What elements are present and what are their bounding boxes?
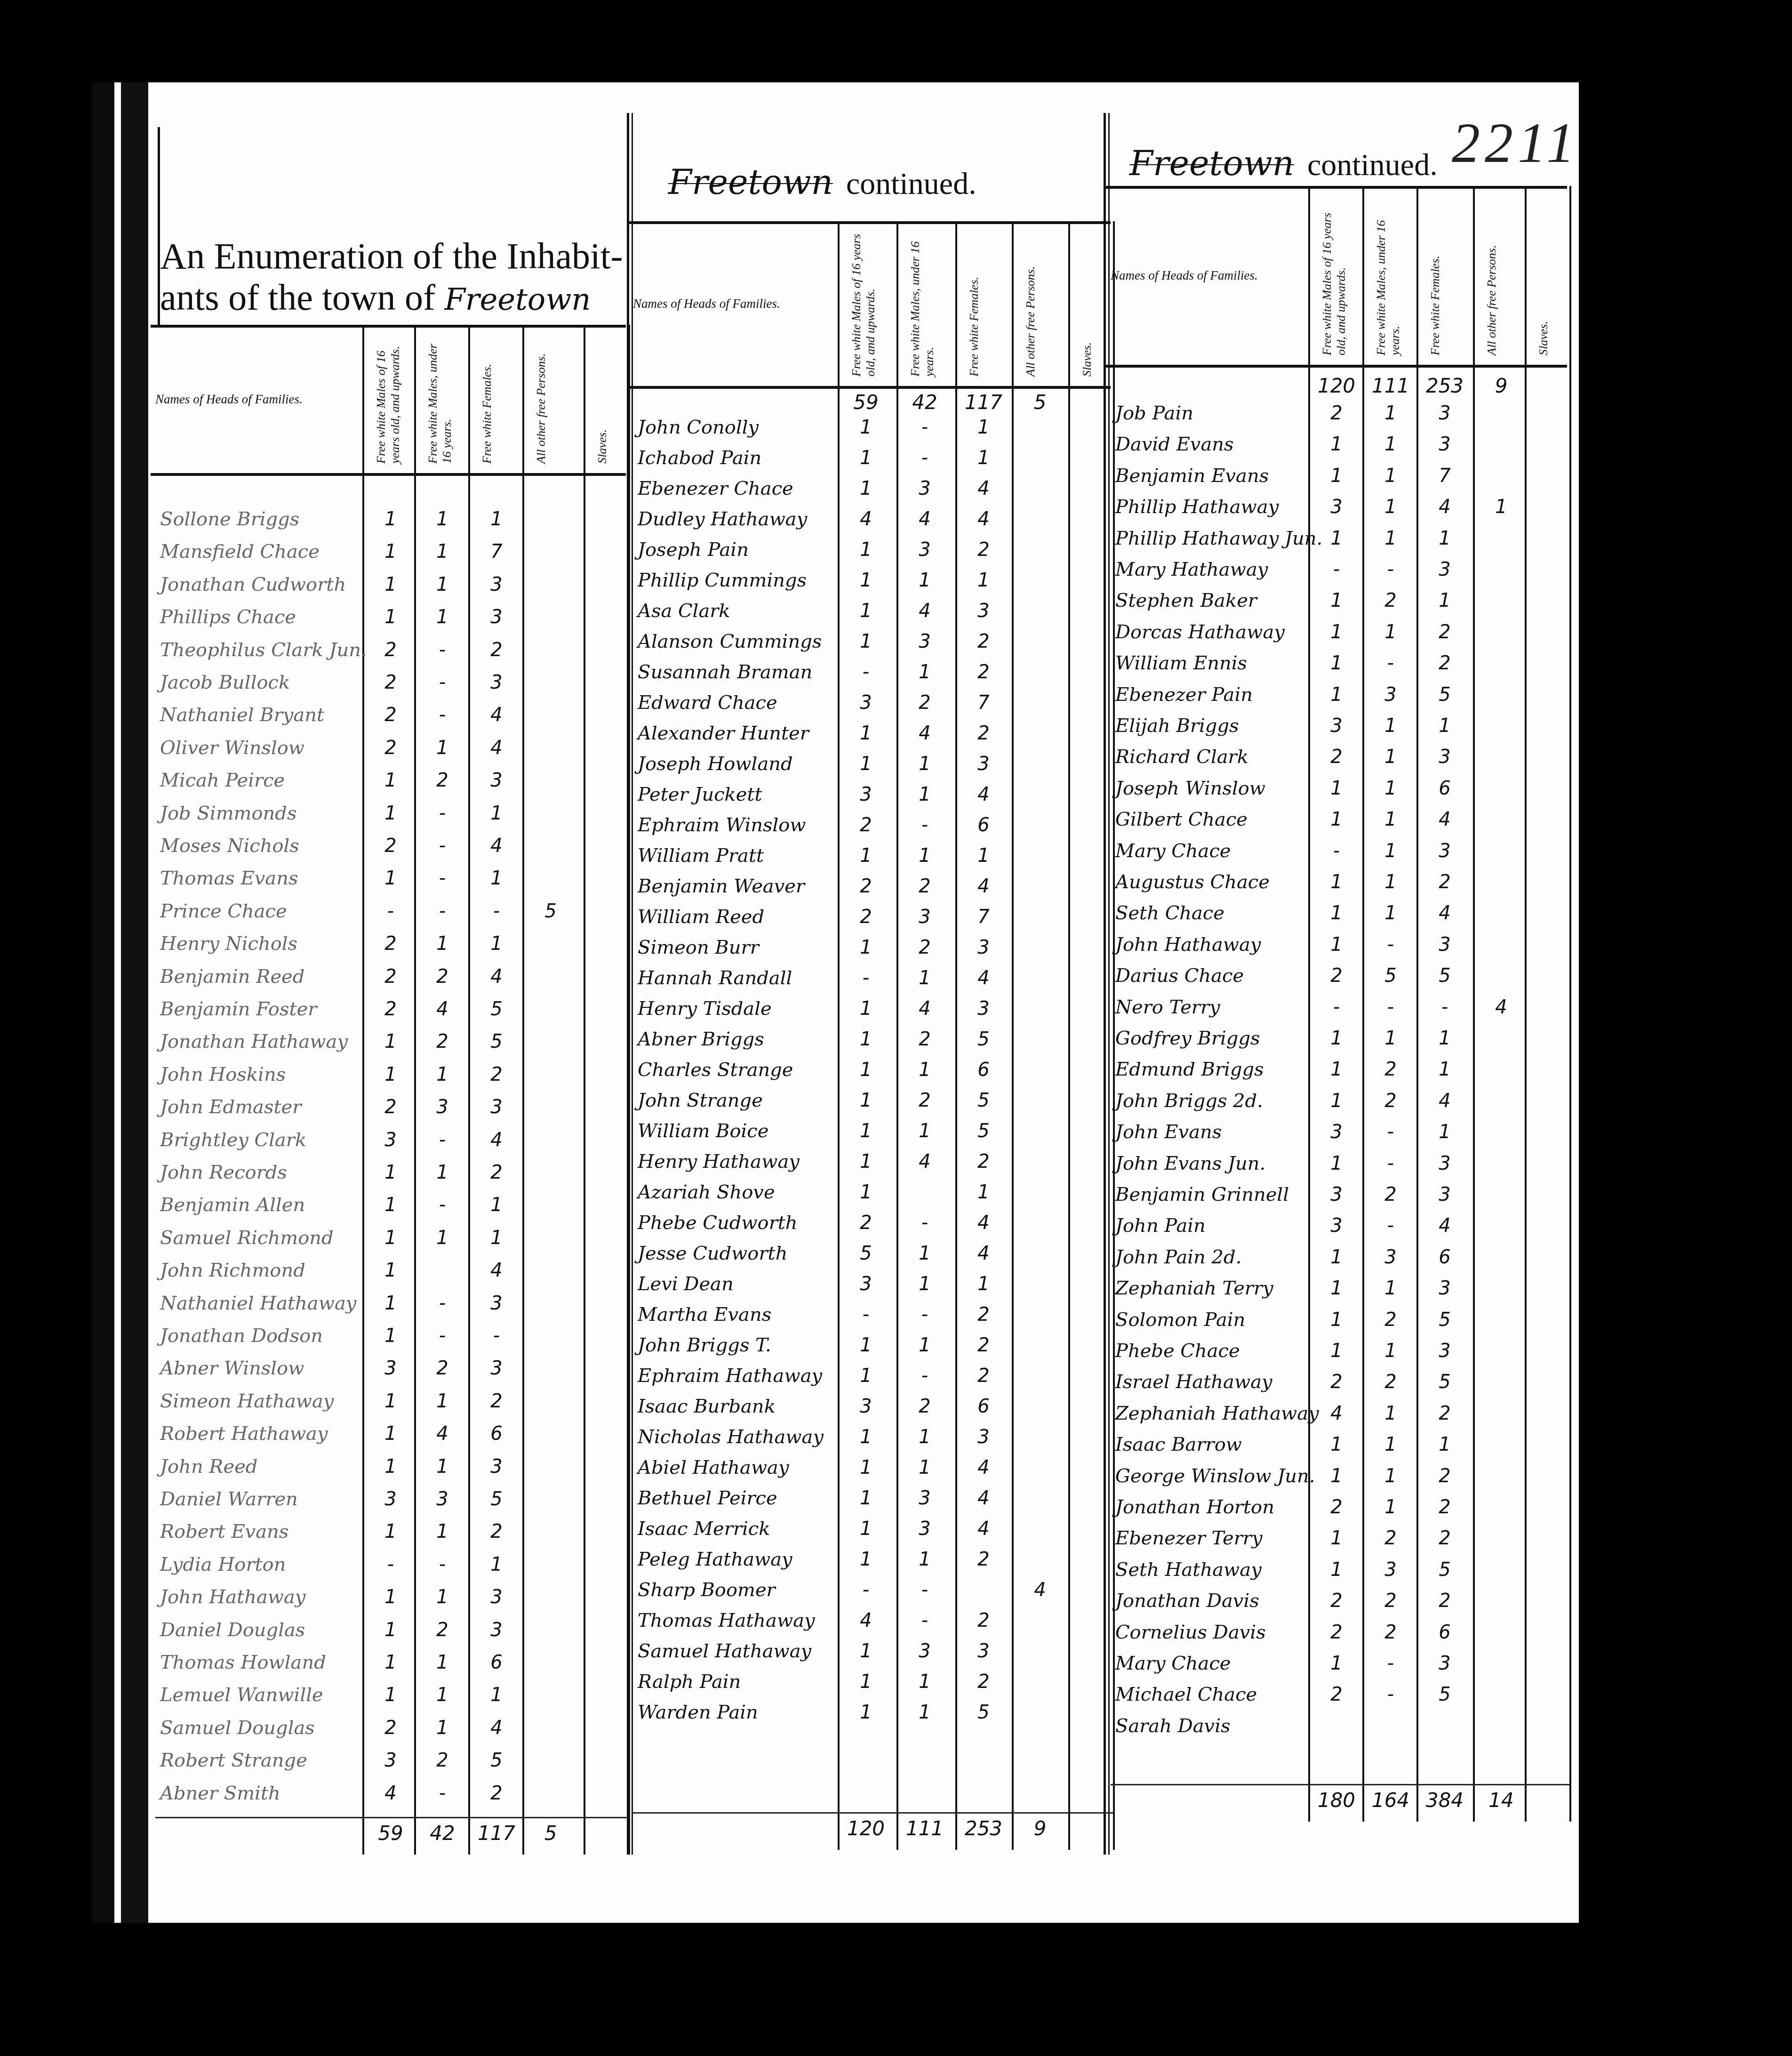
- head-of-family-name: Mansfield Chace: [160, 541, 320, 562]
- head-of-family-name: Martha Evans: [638, 1304, 771, 1325]
- count-m16: 5: [840, 1243, 892, 1264]
- count-mu16: 2: [416, 1750, 468, 1771]
- count-m16: 1: [840, 998, 892, 1020]
- count-mu16: 1: [1365, 434, 1416, 455]
- head-of-family-name: Thomas Howland: [160, 1652, 326, 1673]
- count-m16: 3: [840, 784, 892, 805]
- count-f: 2: [1419, 1527, 1471, 1549]
- count-m16: 1: [1311, 465, 1362, 487]
- count-m16: 1: [840, 1151, 892, 1173]
- panel-divider: [632, 113, 633, 1855]
- count-m16: -: [365, 900, 416, 922]
- count-m16: 1: [1311, 809, 1362, 830]
- head-of-family-name: Phillip Cummings: [638, 570, 807, 591]
- count-mu16: -: [1365, 652, 1416, 674]
- head-of-family-name: Jacob Bullock: [160, 672, 290, 693]
- count-mu16: 4: [899, 600, 951, 622]
- head-of-family-name: John Conolly: [638, 417, 759, 438]
- column-rule: [362, 325, 364, 1855]
- count-mu16: 1: [899, 1243, 951, 1264]
- count-mu16: 1: [899, 570, 951, 591]
- head-of-family-name: Isaac Burbank: [638, 1396, 776, 1417]
- count-other: 1: [1475, 496, 1527, 518]
- carried-total-f: 253: [1419, 374, 1471, 397]
- count-mu16: -: [1365, 1215, 1416, 1237]
- count-m16: 1: [1311, 1653, 1362, 1674]
- count-f: 2: [1419, 652, 1471, 674]
- count-mu16: -: [899, 1610, 951, 1631]
- count-f: 6: [1419, 778, 1471, 799]
- count-f: 3: [958, 1640, 1009, 1662]
- count-m16: 1: [1311, 934, 1362, 956]
- page-total-other: 14: [1475, 1789, 1527, 1812]
- carried-total-other: 9: [1475, 374, 1527, 397]
- count-m16: 1: [1311, 871, 1362, 893]
- count-m16: 2: [1311, 402, 1362, 424]
- head-of-family-name: Seth Hathaway: [1115, 1559, 1262, 1581]
- count-m16: 4: [840, 508, 892, 530]
- count-mu16: 1: [899, 784, 951, 805]
- count-mu16: 1: [1365, 871, 1416, 893]
- count-f: 3: [471, 574, 522, 595]
- count-f: 4: [958, 875, 1009, 897]
- count-m16: 3: [1311, 1184, 1362, 1205]
- head-of-family-name: Joseph Howland: [638, 753, 793, 775]
- head-of-family-name: Brightley Clark: [160, 1129, 306, 1151]
- count-mu16: 1: [416, 1227, 468, 1249]
- head-of-family-name: Peter Juckett: [638, 784, 762, 805]
- count-mu16: -: [416, 803, 468, 824]
- count-f: 2: [1419, 871, 1471, 893]
- head-of-family-name: Benjamin Evans: [1115, 465, 1269, 487]
- count-mu16: 1: [899, 753, 951, 775]
- count-other: 5: [525, 900, 576, 922]
- count-mu16: -: [1365, 934, 1416, 956]
- header-f: Free white Females.: [1428, 195, 1442, 355]
- count-f: 2: [1419, 1465, 1471, 1487]
- count-mu16: 2: [1365, 1309, 1416, 1331]
- count-mu16: -: [899, 447, 951, 469]
- count-f: 1: [1419, 715, 1471, 737]
- head-of-family-name: Phillip Hathaway: [1115, 496, 1279, 518]
- count-m16: 1: [1311, 902, 1362, 924]
- count-mu16: 4: [899, 508, 951, 530]
- count-m16: 2: [365, 835, 416, 857]
- count-m16: 1: [840, 1120, 892, 1142]
- count-mu16: -: [1365, 1653, 1416, 1674]
- count-m16: 1: [1311, 1059, 1362, 1080]
- column-rule: [522, 325, 524, 1855]
- count-m16: 1: [365, 1293, 416, 1314]
- count-mu16: -: [416, 672, 468, 693]
- count-m16: 1: [365, 1260, 416, 1281]
- header-f: Free white Females.: [967, 231, 981, 377]
- head-of-family-name: Bethuel Peirce: [638, 1487, 777, 1509]
- head-of-family-name: John Briggs T.: [638, 1334, 771, 1356]
- head-of-family-name: Darius Chace: [1115, 965, 1244, 987]
- head-of-family-name: Sarah Davis: [1115, 1715, 1231, 1737]
- head-of-family-name: Cornelius Davis: [1115, 1622, 1266, 1643]
- head-of-family-name: Stephen Baker: [1115, 590, 1257, 611]
- count-mu16: 1: [1365, 902, 1416, 924]
- count-mu16: 1: [1365, 746, 1416, 768]
- count-f: 3: [1419, 1184, 1471, 1205]
- head-of-family-name: Robert Evans: [160, 1521, 288, 1542]
- carried-total-mu16: 42: [899, 391, 951, 414]
- count-m16: 2: [365, 966, 416, 988]
- count-f: 2: [958, 723, 1009, 744]
- head-of-family-name: Mary Chace: [1115, 840, 1231, 862]
- count-mu16: -: [899, 1304, 951, 1325]
- count-mu16: -: [416, 900, 468, 922]
- head-of-family-name: Lydia Horton: [160, 1554, 286, 1575]
- count-mu16: 2: [1365, 1590, 1416, 1612]
- count-m16: 3: [365, 1357, 416, 1379]
- count-m16: -: [1311, 559, 1362, 580]
- head-of-family-name: John Pain 2d.: [1115, 1246, 1241, 1268]
- head-of-family-name: Warden Pain: [638, 1702, 758, 1723]
- count-mu16: 1: [1365, 1465, 1416, 1487]
- head-of-family-name: Samuel Douglas: [160, 1717, 315, 1739]
- count-mu16: 1: [1365, 1340, 1416, 1362]
- head-of-family-name: Abiel Hathaway: [638, 1457, 789, 1478]
- page-binding-edge: [92, 82, 148, 1923]
- column-rule: [1308, 186, 1310, 1822]
- head-of-family-name: Joseph Pain: [638, 539, 749, 561]
- header-f: Free white Females.: [480, 334, 494, 464]
- count-mu16: 1: [416, 508, 468, 530]
- count-f: 3: [1419, 434, 1471, 455]
- head-of-family-name: Ebenezer Terry: [1115, 1527, 1263, 1549]
- header-m16: Free white Males of 16 years old, and up…: [374, 334, 402, 464]
- count-f: 4: [471, 835, 522, 857]
- head-of-family-name: John Pain: [1115, 1215, 1206, 1237]
- count-mu16: 2: [899, 1090, 951, 1111]
- count-mu16: 2: [899, 692, 951, 714]
- header-other: All other free Persons.: [534, 334, 548, 464]
- column-rule: [628, 325, 630, 1855]
- head-of-family-name: Ichabod Pain: [638, 447, 761, 469]
- count-mu16: 1: [1365, 1496, 1416, 1518]
- count-m16: 1: [840, 1426, 892, 1448]
- head-of-family-name: Hannah Randall: [638, 967, 792, 989]
- count-m16: 2: [1311, 1496, 1362, 1518]
- count-mu16: 1: [1365, 809, 1416, 830]
- count-f: 4: [958, 1487, 1009, 1509]
- header-bottom-rule: [151, 473, 626, 476]
- count-m16: 1: [1311, 621, 1362, 643]
- count-mu16: 3: [899, 1487, 951, 1509]
- count-f: 2: [471, 1390, 522, 1412]
- count-f: 3: [958, 600, 1009, 622]
- count-f: 4: [471, 966, 522, 988]
- count-m16: 2: [365, 998, 416, 1020]
- page-total-f: 384: [1419, 1789, 1471, 1812]
- head-of-family-name: John Reed: [160, 1456, 257, 1478]
- count-m16: 1: [365, 1390, 416, 1412]
- count-f: 4: [958, 967, 1009, 989]
- head-of-family-name: Phebe Chace: [1115, 1340, 1240, 1362]
- count-mu16: -: [899, 1365, 951, 1387]
- count-f: 2: [471, 1783, 522, 1804]
- town-name: Freetown: [444, 282, 591, 317]
- count-f: 3: [1419, 934, 1471, 956]
- count-m16: 1: [1311, 528, 1362, 549]
- count-m16: 2: [1311, 746, 1362, 768]
- count-mu16: -: [416, 1783, 468, 1804]
- count-mu16: 1: [1365, 840, 1416, 862]
- header-names-of-heads: Names of Heads of Families.: [155, 392, 303, 407]
- count-f: 6: [958, 814, 1009, 836]
- head-of-family-name: Edward Chace: [638, 692, 777, 714]
- count-m16: 2: [1311, 1684, 1362, 1705]
- count-f: 3: [958, 753, 1009, 775]
- head-of-family-name: Zephaniah Hathaway: [1115, 1403, 1319, 1424]
- title-line-1: An Enumeration of the Inhabit-: [160, 235, 623, 277]
- head-of-family-name: Theophilus Clark Jun.: [160, 639, 367, 661]
- head-of-family-name: Henry Hathaway: [638, 1151, 800, 1173]
- page-total-mu16: 164: [1365, 1789, 1416, 1812]
- count-f: 2: [471, 1064, 522, 1085]
- head-of-family-name: Micah Peirce: [160, 770, 285, 791]
- count-mu16: 2: [1365, 1059, 1416, 1080]
- count-mu16: 1: [899, 1457, 951, 1478]
- head-of-family-name: Lemuel Wanwille: [160, 1684, 323, 1706]
- header-m16: Free white Males of 16 years old, and up…: [1320, 195, 1348, 355]
- head-of-family-name: John Strange: [638, 1090, 763, 1111]
- count-f: 7: [958, 692, 1009, 714]
- count-f: 2: [471, 1162, 522, 1183]
- count-mu16: 2: [1365, 590, 1416, 611]
- head-of-family-name: Prince Chace: [160, 900, 287, 922]
- count-m16: 1: [1311, 434, 1362, 455]
- totals-rule: [155, 1817, 628, 1818]
- count-mu16: 1: [416, 606, 468, 628]
- head-of-family-name: Ebenezer Chace: [638, 478, 793, 499]
- count-m16: 1: [1311, 1277, 1362, 1299]
- column-rule: [1362, 186, 1364, 1822]
- count-f: 4: [471, 1717, 522, 1739]
- count-f: 2: [471, 1521, 522, 1542]
- column-rule: [1012, 221, 1014, 1850]
- count-mu16: 3: [899, 906, 951, 928]
- count-m16: 1: [365, 1619, 416, 1641]
- count-m16: 1: [840, 1334, 892, 1356]
- count-m16: 1: [365, 1521, 416, 1542]
- count-m16: 1: [365, 1194, 416, 1216]
- count-m16: 1: [1311, 1340, 1362, 1362]
- count-f: 4: [471, 737, 522, 759]
- head-of-family-name: Mary Hathaway: [1115, 559, 1268, 580]
- count-mu16: 1: [899, 1120, 951, 1142]
- count-m16: 3: [840, 1273, 892, 1295]
- head-of-family-name: Simeon Burr: [638, 937, 759, 958]
- head-of-family-name: Jonathan Hathaway: [160, 1031, 348, 1052]
- count-mu16: 2: [1365, 1184, 1416, 1205]
- count-f: 1: [958, 845, 1009, 867]
- count-f: 4: [958, 478, 1009, 499]
- count-mu16: 2: [1365, 1622, 1416, 1643]
- count-mu16: 1: [899, 1702, 951, 1723]
- count-mu16: -: [416, 639, 468, 661]
- count-mu16: 2: [899, 937, 951, 958]
- count-f: 4: [1419, 1090, 1471, 1112]
- count-f: 2: [958, 1671, 1009, 1693]
- head-of-family-name: Jesse Cudworth: [638, 1243, 787, 1264]
- head-of-family-name: Nathaniel Hathaway: [160, 1293, 356, 1314]
- count-mu16: 4: [416, 1423, 468, 1445]
- count-mu16: 1: [899, 1671, 951, 1693]
- count-m16: 3: [365, 1129, 416, 1151]
- head-of-family-name: Joseph Winslow: [1115, 778, 1265, 799]
- header-names-of-heads: Names of Heads of Families.: [633, 297, 780, 311]
- count-f: 3: [471, 770, 522, 791]
- count-mu16: 1: [899, 967, 951, 989]
- count-m16: 1: [365, 1456, 416, 1478]
- count-m16: 1: [840, 478, 892, 499]
- count-m16: -: [840, 1304, 892, 1325]
- count-m16: 1: [840, 539, 892, 561]
- count-mu16: 2: [899, 875, 951, 897]
- count-m16: 1: [365, 1423, 416, 1445]
- count-f: 5: [1419, 1559, 1471, 1581]
- count-mu16: -: [416, 1325, 468, 1347]
- header-slaves: Slaves.: [1536, 195, 1551, 355]
- count-mu16: 1: [1365, 528, 1416, 549]
- count-f: 5: [958, 1090, 1009, 1111]
- count-f: 5: [958, 1702, 1009, 1723]
- head-of-family-name: John Edmaster: [160, 1096, 301, 1118]
- page-number: 2211: [1452, 111, 1579, 176]
- head-of-family-name: Henry Nichols: [160, 933, 297, 955]
- header-bottom-rule: [1106, 365, 1567, 368]
- count-m16: 1: [840, 447, 892, 469]
- count-f: 7: [958, 906, 1009, 928]
- count-f: 4: [1419, 809, 1471, 830]
- count-mu16: -: [899, 1579, 951, 1601]
- count-f: -: [1419, 996, 1471, 1018]
- head-of-family-name: Asa Clark: [638, 600, 730, 622]
- carried-total-m16: 120: [1311, 374, 1362, 397]
- head-of-family-name: Abner Winslow: [160, 1357, 304, 1379]
- count-mu16: -: [1365, 1153, 1416, 1174]
- count-m16: 2: [1311, 1371, 1362, 1393]
- head-of-family-name: John Briggs 2d.: [1115, 1090, 1263, 1112]
- count-m16: 1: [840, 1549, 892, 1570]
- count-m16: 1: [1311, 1559, 1362, 1581]
- count-m16: 2: [840, 906, 892, 928]
- page-total-other: 9: [1014, 1817, 1066, 1840]
- count-m16: 2: [365, 737, 416, 759]
- count-m16: 1: [1311, 1527, 1362, 1549]
- count-f: 4: [471, 1260, 522, 1281]
- count-f: 1: [471, 933, 522, 955]
- count-f: 2: [958, 1610, 1009, 1631]
- head-of-family-name: John Hoskins: [160, 1064, 286, 1085]
- count-mu16: -: [1365, 559, 1416, 580]
- head-of-family-name: Thomas Evans: [160, 867, 298, 889]
- column-rule: [955, 221, 957, 1850]
- count-m16: 1: [365, 508, 416, 530]
- count-mu16: -: [899, 417, 951, 438]
- head-of-family-name: Job Pain: [1115, 402, 1193, 424]
- count-mu16: -: [416, 1194, 468, 1216]
- count-m16: 3: [840, 692, 892, 714]
- count-f: 2: [958, 1365, 1009, 1387]
- count-f: 4: [958, 784, 1009, 805]
- count-f: 3: [1419, 746, 1471, 768]
- totals-rule: [1111, 1784, 1569, 1785]
- count-f: 1: [1419, 1121, 1471, 1143]
- count-m16: 1: [840, 753, 892, 775]
- count-f: 3: [471, 1456, 522, 1478]
- head-of-family-name: Nero Terry: [1115, 996, 1220, 1018]
- count-m16: 1: [1311, 1090, 1362, 1112]
- header-slaves: Slaves.: [1080, 231, 1094, 377]
- count-m16: -: [840, 1579, 892, 1601]
- count-m16: 1: [840, 1518, 892, 1540]
- count-mu16: 1: [416, 1586, 468, 1608]
- head-of-family-name: William Pratt: [638, 845, 764, 867]
- head-of-family-name: John Hathaway: [160, 1586, 305, 1608]
- count-f: 5: [471, 1031, 522, 1052]
- count-f: 3: [1419, 1153, 1471, 1174]
- count-mu16: 1: [416, 933, 468, 955]
- head-of-family-name: William Reed: [638, 906, 764, 928]
- head-of-family-name: Job Simmonds: [160, 803, 296, 824]
- panel-divider: [1104, 113, 1106, 1855]
- count-other: 4: [1475, 996, 1527, 1018]
- count-f: 7: [471, 541, 522, 562]
- page-total-m16: 120: [840, 1817, 892, 1840]
- header-top-rule: [1106, 186, 1567, 189]
- count-mu16: -: [1365, 1684, 1416, 1705]
- count-f: 6: [1419, 1246, 1471, 1268]
- count-f: 1: [958, 1181, 1009, 1203]
- count-m16: 1: [1311, 1309, 1362, 1331]
- count-m16: 1: [1311, 1434, 1362, 1455]
- count-m16: 1: [840, 723, 892, 744]
- count-f: 2: [958, 1549, 1009, 1570]
- head-of-family-name: Peleg Hathaway: [638, 1549, 792, 1570]
- count-f: 6: [471, 1652, 522, 1673]
- count-mu16: 1: [416, 1652, 468, 1673]
- count-f: 3: [958, 998, 1009, 1020]
- count-m16: 4: [840, 1610, 892, 1631]
- count-f: 5: [958, 1028, 1009, 1050]
- count-f: 2: [958, 631, 1009, 652]
- count-mu16: 1: [416, 737, 468, 759]
- page-total-mu16: 42: [416, 1822, 468, 1845]
- count-f: 6: [471, 1423, 522, 1445]
- count-mu16: 2: [1365, 1090, 1416, 1112]
- count-m16: 1: [840, 1090, 892, 1111]
- count-mu16: 2: [416, 770, 468, 791]
- count-m16: 3: [1311, 1121, 1362, 1143]
- head-of-family-name: Oliver Winslow: [160, 737, 304, 759]
- count-f: 5: [471, 1488, 522, 1510]
- header-mu16: Free white Males, under 16 years.: [908, 231, 936, 377]
- page-total-mu16: 111: [899, 1817, 951, 1840]
- head-of-family-name: Edmund Briggs: [1115, 1059, 1264, 1080]
- count-mu16: 1: [899, 661, 951, 683]
- count-m16: 2: [840, 814, 892, 836]
- page-title: An Enumeration of the Inhabit- ants of t…: [160, 235, 623, 321]
- head-of-family-name: Dorcas Hathaway: [1115, 621, 1285, 643]
- count-m16: 3: [365, 1750, 416, 1771]
- count-f: 2: [958, 539, 1009, 561]
- count-f: 2: [958, 661, 1009, 683]
